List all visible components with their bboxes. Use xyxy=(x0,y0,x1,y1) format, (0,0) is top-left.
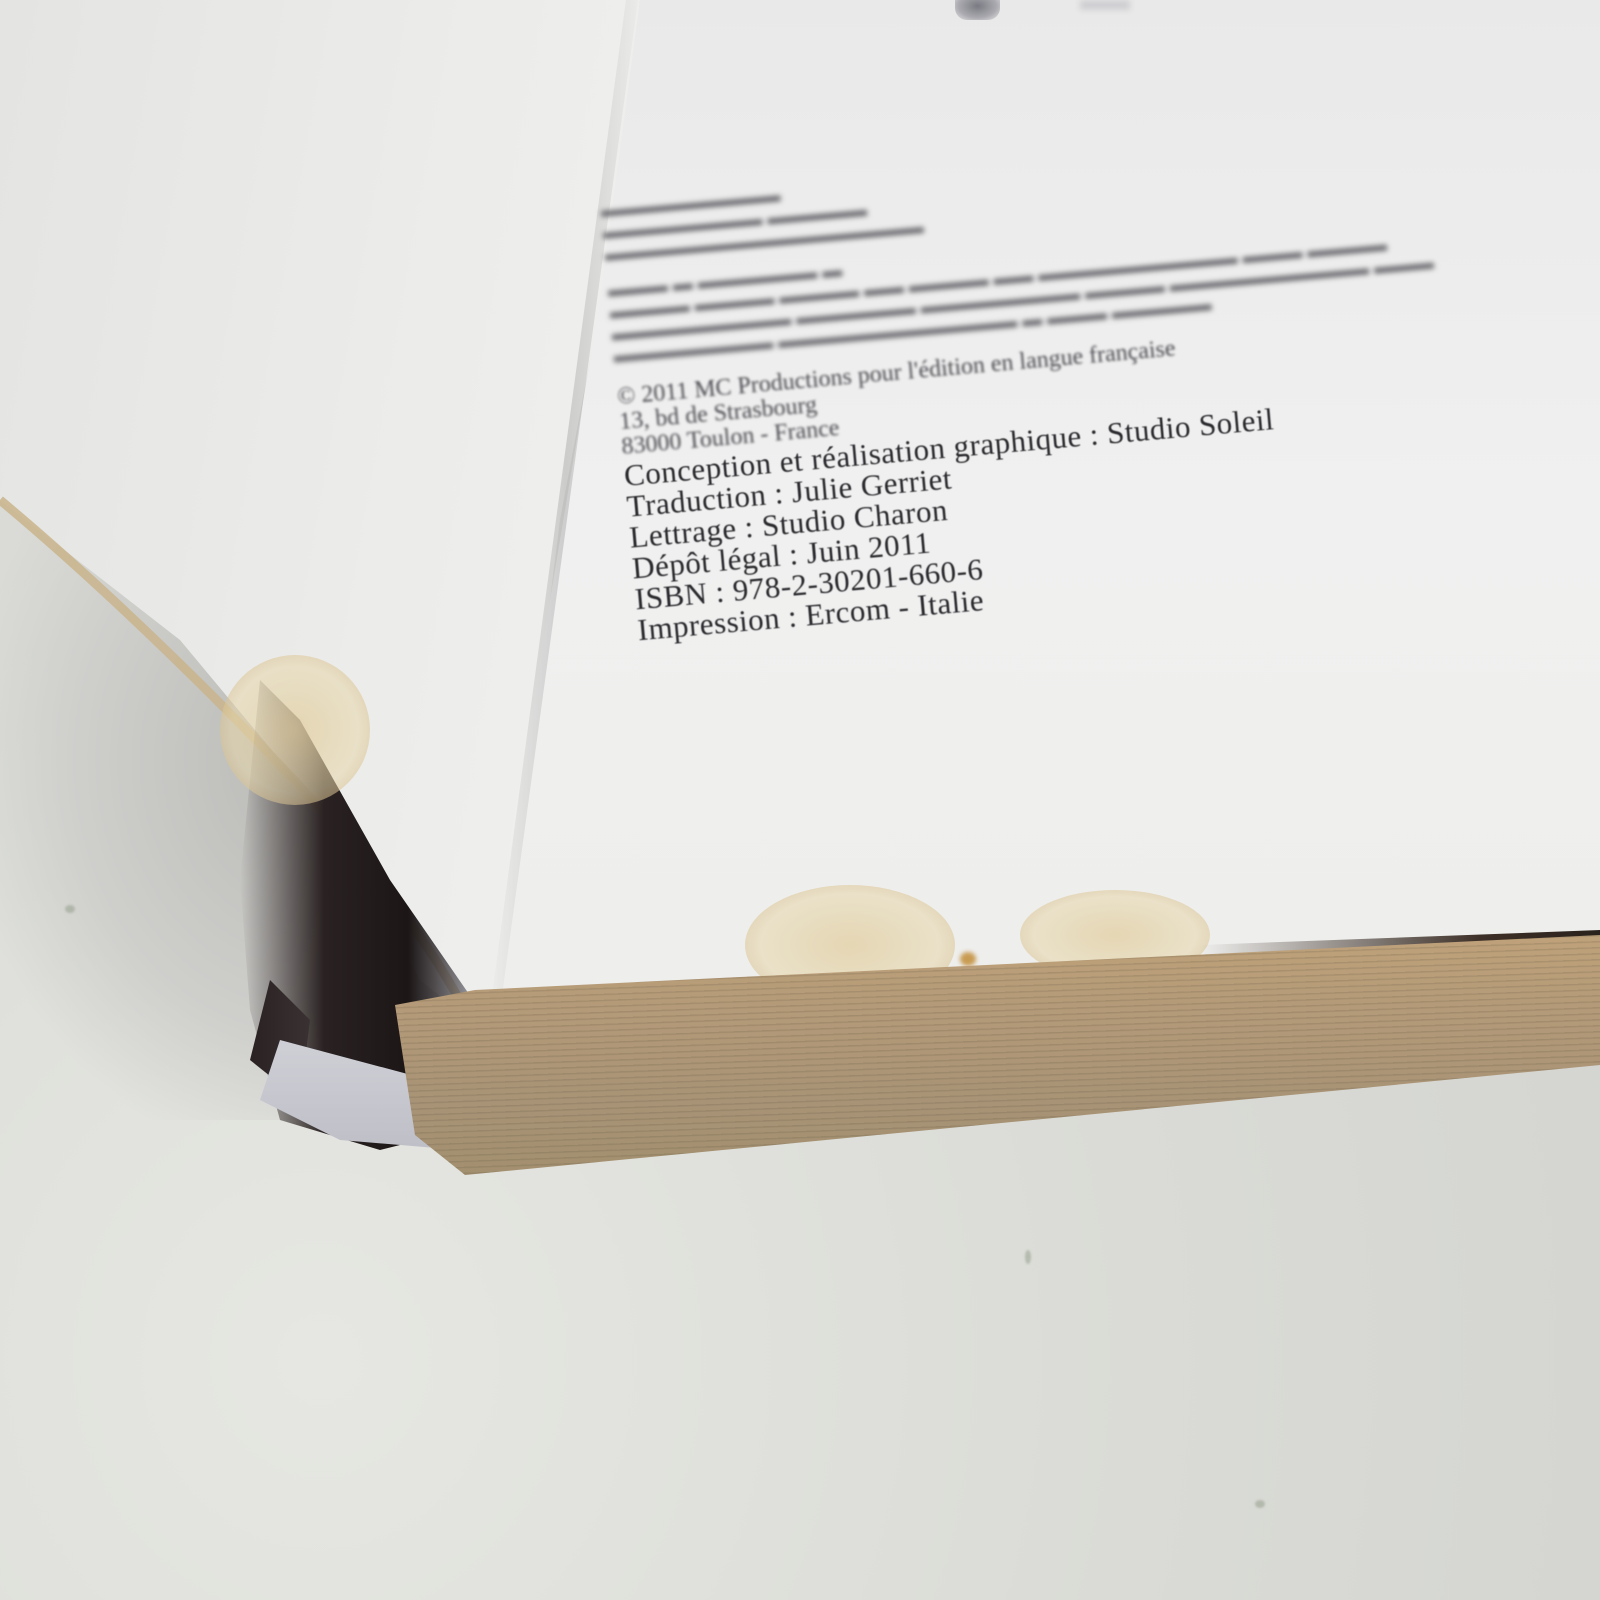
surface-speck xyxy=(65,905,75,913)
top-cut-glyph xyxy=(955,0,1000,20)
copyright-text-block: ▬▬▬▬▬▬▬▬▬ ▬▬▬▬▬▬▬▬ ▬▬▬▬▬ ▬▬▬▬▬▬▬▬▬▬▬▬▬▬▬… xyxy=(600,122,1536,646)
top-cut-mark xyxy=(1080,0,1130,10)
surface-speck xyxy=(1025,1250,1031,1264)
stain-spot xyxy=(960,952,976,966)
surface-speck xyxy=(1255,1500,1265,1508)
water-stain xyxy=(220,655,370,805)
